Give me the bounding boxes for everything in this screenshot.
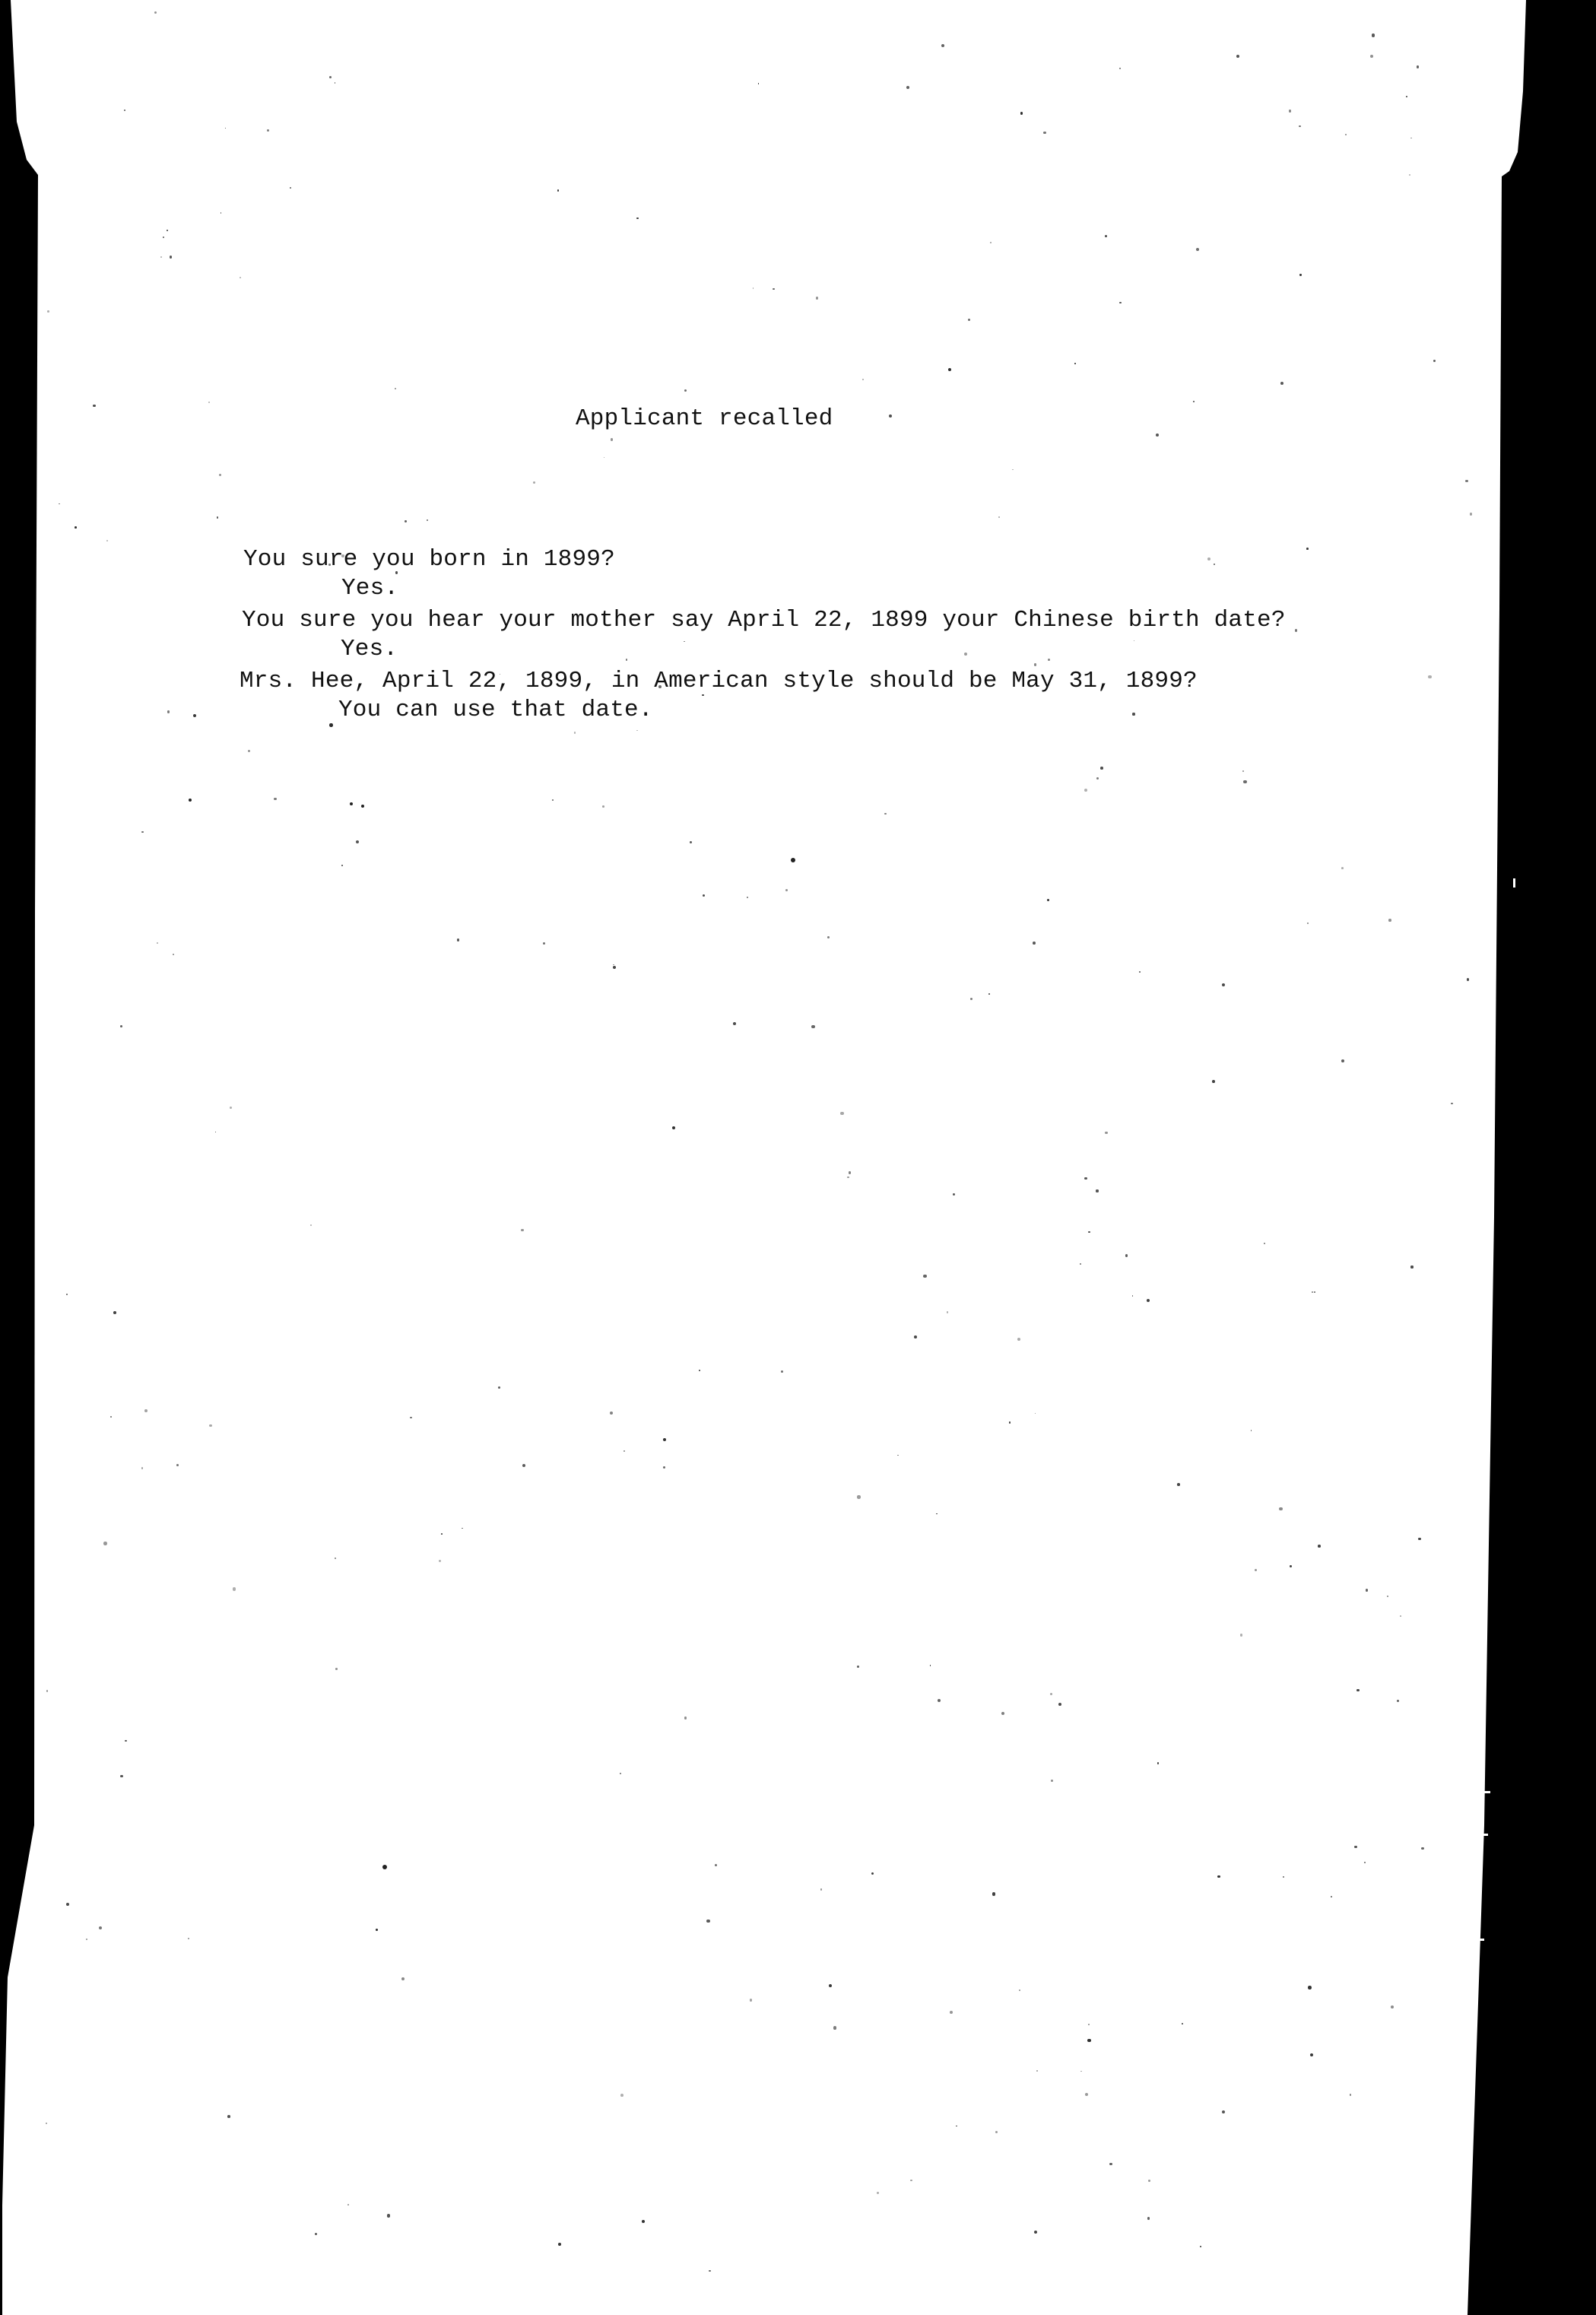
answer-2: Yes. — [341, 637, 398, 661]
scan-speck — [1088, 1231, 1090, 1233]
scan-speck — [1080, 2071, 1082, 2072]
scan-speck — [1341, 867, 1344, 869]
scan-artifact — [1477, 1834, 1488, 1836]
scan-speck — [498, 1386, 500, 1389]
scan-speck — [1366, 1589, 1368, 1591]
scan-speck — [1236, 55, 1239, 58]
scan-speck — [998, 516, 1000, 518]
scan-speck — [1406, 96, 1407, 97]
scan-speck — [315, 2233, 317, 2235]
scan-speck — [401, 1977, 405, 1980]
scan-speck — [1147, 2217, 1150, 2220]
scan-speck — [176, 1464, 179, 1466]
scan-speck — [350, 802, 353, 805]
scan-speck — [141, 1467, 144, 1469]
scan-speck — [833, 2026, 836, 2029]
scan-speck — [613, 966, 616, 969]
scan-speck — [227, 2115, 230, 2118]
scan-speck — [604, 457, 605, 459]
scan-speck — [329, 76, 332, 78]
scan-speck — [620, 1773, 622, 1775]
scan-speck — [1096, 777, 1099, 780]
scan-speck — [968, 319, 970, 321]
scan-speck — [1182, 2023, 1183, 2024]
scan-speck — [1034, 663, 1037, 666]
scan-artifact — [1474, 1939, 1484, 1941]
scan-speck — [522, 1464, 525, 1467]
scan-speck — [1033, 942, 1036, 945]
scan-speck — [862, 379, 864, 380]
scan-speck — [120, 1025, 122, 1027]
scan-speck — [1345, 134, 1347, 136]
scan-speck — [167, 230, 169, 232]
scan-speck — [188, 1938, 189, 1939]
scan-speck — [1279, 1507, 1282, 1510]
scan-speck — [709, 2270, 711, 2272]
scan-speck — [462, 1528, 463, 1529]
scan-speck — [750, 1999, 753, 2002]
scan-speck — [387, 2214, 390, 2217]
scan-speck — [602, 805, 604, 808]
scan-speck — [663, 1466, 665, 1469]
scan-speck — [1132, 713, 1134, 715]
scan-speck — [791, 858, 795, 862]
scan-speck — [267, 129, 269, 132]
scan-speck — [1047, 899, 1049, 901]
scan-speck — [620, 2094, 623, 2097]
scan-speck — [684, 1716, 687, 1719]
scan-speck — [936, 1513, 938, 1515]
scan-speck — [1088, 2024, 1090, 2025]
scan-speck — [970, 998, 973, 1000]
scan-speck — [840, 1112, 843, 1115]
scan-artifact — [1513, 878, 1515, 888]
scan-speck — [356, 840, 359, 843]
question-2: You sure you hear your mother say April … — [242, 608, 1286, 632]
scan-speck — [1410, 1265, 1413, 1268]
scan-speck — [1119, 302, 1121, 303]
scan-speck — [329, 723, 332, 726]
scan-speck — [995, 2131, 998, 2133]
scan-speck — [1417, 65, 1420, 68]
scan-speck — [992, 1892, 995, 1895]
scan-speck — [441, 1533, 443, 1535]
scan-speck — [361, 805, 364, 808]
scan-speck — [1193, 401, 1195, 402]
scan-speck — [1034, 2231, 1037, 2234]
scan-speck — [208, 402, 210, 403]
scan-speck — [106, 540, 108, 541]
scan-speck — [1243, 780, 1246, 783]
scan-speck — [274, 798, 277, 801]
scan-speck — [99, 1926, 102, 1929]
scan-speck — [170, 256, 173, 259]
scan-speck — [990, 242, 992, 243]
scan-speck — [1132, 1295, 1134, 1297]
scan-speck — [781, 1370, 783, 1373]
scan-speck — [395, 388, 397, 390]
scan-speck — [684, 389, 687, 392]
scan-speck — [59, 503, 60, 505]
scan-speck — [405, 520, 407, 522]
page-heading: Applicant recalled — [576, 407, 833, 430]
scan-speck — [230, 1107, 232, 1109]
scan-speck — [1433, 360, 1436, 362]
scan-speck — [160, 256, 162, 258]
scan-speck — [86, 1939, 87, 1940]
scan-speck — [857, 1666, 859, 1668]
scan-speck — [1318, 1545, 1321, 1548]
scan-speck — [1043, 132, 1046, 135]
scan-speck — [811, 1025, 814, 1028]
scan-speck — [884, 813, 886, 815]
scan-speck — [157, 942, 158, 944]
scan-speck — [558, 2243, 561, 2246]
scan-speck — [427, 519, 428, 521]
scan-speck — [1035, 1413, 1036, 1415]
scan-speck — [702, 694, 703, 696]
scan-speck — [910, 2180, 912, 2181]
scan-speck — [75, 526, 77, 529]
scan-speck — [395, 571, 398, 574]
scan-speck — [125, 1740, 127, 1742]
scan-speck — [1200, 2246, 1201, 2247]
scan-speck — [829, 1984, 832, 1987]
scan-speck — [110, 1416, 112, 1418]
scan-speck — [1080, 1263, 1081, 1265]
scan-speck — [610, 1412, 613, 1415]
question-3: Mrs. Hee, April 22, 1899, in American st… — [240, 669, 1198, 693]
scan-speck — [1212, 1080, 1215, 1083]
scan-speck — [1147, 1299, 1150, 1302]
scan-speck — [816, 297, 818, 299]
scan-speck — [1418, 1538, 1421, 1541]
scan-speck — [154, 11, 157, 14]
scan-speck — [335, 1558, 336, 1559]
scan-speck — [1036, 2070, 1038, 2072]
scan-speck — [1074, 363, 1076, 364]
scan-speck — [1017, 1338, 1020, 1341]
scan-speck — [163, 237, 164, 238]
scan-speck — [1350, 2094, 1352, 2096]
scan-speck — [1051, 1780, 1052, 1781]
scan-speck — [636, 730, 638, 732]
scan-speck — [1001, 1712, 1004, 1715]
scan-speck — [820, 1888, 823, 1891]
scan-speck — [1470, 513, 1472, 515]
scan-speck — [753, 287, 754, 289]
scan-speck — [248, 750, 250, 752]
scan-speck — [1410, 138, 1412, 139]
scan-speck — [217, 516, 219, 519]
scan-speck — [785, 889, 788, 891]
scan-speck — [1125, 1254, 1128, 1257]
scan-speck — [233, 1587, 236, 1590]
scan-speck — [1341, 1059, 1344, 1062]
scan-speck — [347, 2204, 349, 2205]
scan-speck — [715, 1864, 718, 1867]
scan-speck — [1012, 469, 1014, 471]
scan-speck — [699, 1370, 700, 1371]
scan-speck — [1400, 1615, 1401, 1617]
scan-speck — [240, 277, 242, 279]
scan-speck — [947, 1311, 949, 1313]
scan-speck — [533, 481, 535, 484]
scan-speck — [328, 564, 331, 566]
scan-speck — [857, 1495, 860, 1498]
scan-speck — [1214, 564, 1216, 566]
scan-speck — [410, 1417, 412, 1419]
scan-speck — [382, 1865, 387, 1869]
scan-artifact — [1475, 1791, 1490, 1793]
scan-speck — [1105, 1132, 1108, 1135]
scan-speck — [1387, 1596, 1388, 1597]
scan-speck — [877, 2192, 878, 2193]
scan-speck — [1264, 1243, 1265, 1244]
scan-speck — [636, 218, 638, 219]
scan-speck — [1421, 1847, 1423, 1850]
scan-speck — [1009, 1421, 1011, 1424]
scan-speck — [209, 1424, 212, 1427]
scan-speck — [141, 831, 144, 834]
scan-speck — [552, 799, 554, 801]
scan-speck — [849, 1171, 852, 1174]
scan-speck — [1109, 2163, 1112, 2165]
scan-speck — [1312, 1291, 1313, 1293]
scan-speck — [1134, 640, 1135, 642]
scan-speck — [611, 438, 613, 440]
scan-speck — [1058, 1703, 1061, 1706]
scan-speck — [1364, 1862, 1366, 1863]
scan-speck — [1020, 112, 1023, 115]
scan-speck — [1019, 1990, 1020, 1991]
scan-speck — [938, 1699, 941, 1702]
scan-speck — [733, 1022, 736, 1025]
scan-speck — [906, 86, 909, 89]
scan-speck — [219, 474, 221, 476]
scan-speck — [1283, 1876, 1284, 1878]
scan-speck — [290, 187, 291, 189]
scan-speck — [521, 1229, 523, 1231]
scan-speck — [773, 288, 774, 290]
scan-speck — [1207, 557, 1210, 560]
scan-speck — [46, 2123, 47, 2124]
scan-speck — [758, 83, 760, 84]
scan-speck — [93, 405, 96, 408]
scan-speck — [1148, 2180, 1150, 2182]
scan-speck — [964, 653, 967, 656]
scan-speck — [1196, 248, 1199, 251]
scan-speck — [225, 128, 227, 129]
scan-speck — [46, 1690, 49, 1692]
scan-speck — [66, 1903, 69, 1906]
scan-speck — [215, 1132, 217, 1133]
scan-speck — [47, 310, 49, 313]
scan-speck — [193, 714, 196, 717]
scan-speck — [1391, 2005, 1394, 2009]
scan-speck — [953, 1193, 955, 1196]
scan-speck — [948, 368, 951, 371]
scan-speck — [1428, 675, 1431, 678]
scan-speck — [613, 964, 614, 966]
scanned-page: Applicant recalled You sure you born in … — [0, 0, 1596, 2315]
scan-speck — [1308, 1986, 1311, 1989]
scan-speck — [690, 841, 693, 844]
scan-speck — [1370, 55, 1373, 58]
scan-speck — [897, 1455, 899, 1456]
scan-speck — [1222, 2110, 1225, 2113]
scan-speck — [167, 710, 170, 713]
answer-1: Yes. — [341, 576, 398, 600]
scan-speck — [1467, 978, 1470, 981]
scan-speck — [1255, 1569, 1257, 1571]
scan-speck — [341, 865, 343, 866]
scan-speck — [1156, 433, 1159, 437]
scan-speck — [144, 1409, 148, 1412]
scan-speck — [439, 1560, 441, 1562]
scan-speck — [663, 1438, 666, 1441]
scan-speck — [626, 659, 628, 661]
scan-speck — [457, 938, 460, 942]
scan-speck — [1084, 1177, 1087, 1180]
scan-speck — [672, 1126, 675, 1129]
scan-speck — [335, 1668, 337, 1669]
question-1: You sure you born in 1899? — [243, 548, 615, 571]
scan-speck — [1050, 1693, 1052, 1695]
scan-speck — [1465, 480, 1467, 482]
scan-speck — [103, 1542, 106, 1545]
scan-speck — [1356, 1689, 1359, 1691]
scan-speck — [1087, 2039, 1090, 2042]
scan-speck — [941, 44, 944, 47]
scan-speck — [310, 1224, 312, 1226]
scan-speck — [1314, 1291, 1316, 1294]
scan-speck — [1096, 1189, 1098, 1192]
scan-speck — [335, 82, 336, 84]
scan-speck — [1372, 33, 1375, 37]
scan-speck — [1299, 125, 1300, 127]
scan-speck — [623, 1450, 625, 1452]
scan-speck — [1280, 382, 1283, 385]
scan-speck — [658, 685, 662, 688]
scan-speck — [1048, 659, 1050, 661]
scan-speck — [827, 936, 830, 938]
scan-speck — [1290, 1565, 1292, 1567]
scan-speck — [956, 2126, 957, 2127]
answer-3: You can use that date. — [338, 698, 653, 722]
scan-speck — [1306, 548, 1309, 550]
scan-speck — [747, 897, 748, 898]
scan-speck — [923, 1275, 926, 1278]
scan-speck — [66, 1294, 68, 1295]
scan-speck — [1242, 770, 1244, 772]
scan-speck — [1409, 174, 1410, 176]
scan-speck — [1354, 1846, 1356, 1848]
scan-speck — [1451, 1103, 1452, 1104]
scan-speck — [574, 732, 576, 734]
scan-speck — [1084, 789, 1087, 792]
scan-speck — [543, 942, 545, 945]
scan-speck — [124, 110, 125, 111]
scan-speck — [1100, 767, 1103, 770]
scan-speck — [1388, 919, 1391, 922]
scan-speck — [557, 189, 560, 192]
scan-speck — [113, 1311, 116, 1314]
scan-speck — [1397, 1700, 1399, 1702]
scan-speck — [1307, 923, 1309, 924]
scan-speck — [706, 1920, 709, 1923]
scan-speck — [930, 1665, 931, 1666]
scan-speck — [120, 1775, 123, 1778]
scan-speck — [1240, 1634, 1243, 1637]
scan-speck — [1119, 68, 1121, 69]
scan-speck — [1217, 1875, 1220, 1878]
scan-speck — [1295, 629, 1298, 632]
scan-speck — [1105, 235, 1108, 238]
scan-speck — [847, 1177, 849, 1179]
scan-speck — [1331, 1896, 1333, 1898]
scan-speck — [221, 212, 222, 214]
scan-speck — [1251, 1430, 1252, 1431]
scan-speck — [1222, 983, 1225, 986]
scan-speck — [642, 2220, 645, 2223]
scan-speck — [684, 641, 685, 643]
scan-speck — [988, 993, 990, 995]
scan-speck — [376, 1929, 378, 1931]
scan-speck — [950, 2011, 953, 2014]
scan-speck — [1139, 971, 1141, 973]
scan-speck — [1177, 1483, 1180, 1486]
scan-speck — [1085, 2093, 1088, 2096]
scan-speck — [173, 954, 174, 955]
scan-speck — [1299, 274, 1301, 275]
scan-speck — [1289, 110, 1292, 113]
scan-speck — [1157, 1762, 1160, 1764]
scan-speck — [189, 799, 192, 802]
scan-speck — [703, 894, 705, 897]
scan-speck — [871, 1872, 874, 1875]
scan-speck — [889, 414, 892, 418]
scan-speck — [1310, 2053, 1313, 2056]
scan-speck — [914, 1335, 917, 1339]
